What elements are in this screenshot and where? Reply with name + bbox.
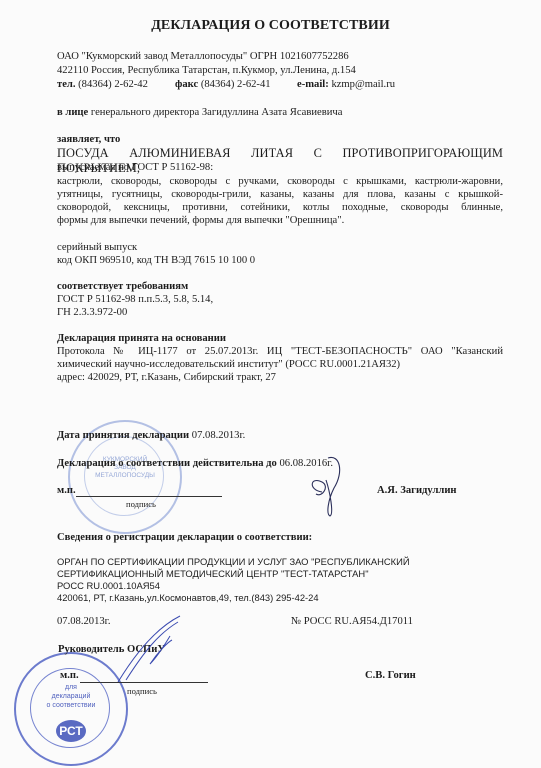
page-title: ДЕКЛАРАЦИЯ О СООТВЕТСТВИИ [0,18,541,34]
rst-logo-icon: РСТ [56,720,86,742]
validity-date: Декларация о соответствии действительна … [57,458,333,470]
represented-by-label: в лице [57,107,88,118]
company-name-ogrn: ОАО "Кукморский завод Металлопосуды" ОГР… [57,51,349,63]
declarant-name: А.Я. Загидуллин [377,485,457,497]
handwritten-signature-icon [110,612,190,692]
email-block: e-mail: kzmp@mail.ru [297,79,395,91]
requirements-line: ГОСТ Р 51162-98 п.п.5.3, 5.8, 5.14, [57,294,213,306]
handwritten-signature-icon [300,452,360,522]
basis-line: Протокола № ИЦ-1177 от 25.07.2013г. ИЦ "… [57,346,503,358]
certification-body-line: 420061, РТ, г.Казань,ул.Космонавтов,49, … [57,592,319,604]
basis-line: адрес: 420029, РТ, г.Казань, Сибирский т… [57,372,276,384]
acceptance-date: Дата принятия декларации 07.08.2013г. [57,430,245,442]
validity-date-label: Декларация о соответствии действительна … [57,458,277,469]
basis-line: химический научно-исследовательский инст… [57,359,400,371]
product-items-line: утятницы, гусятницы, сковороды-грили, ка… [57,189,503,201]
product-items-line: формы для выпечки печений, формы для вып… [57,215,344,227]
product-items-line: сковородой, кексницы, противни, сотейник… [57,202,503,214]
registration-label: Сведения о регистрации декларации о соот… [57,532,312,544]
production-codes: код ОКП 969510, код ТН ВЭД 7615 10 100 0 [57,255,255,267]
acceptance-date-value: 07.08.2013г. [192,430,245,441]
email-value: kzmp@mail.ru [331,79,395,90]
declares-label: заявляет, что [57,134,120,146]
certification-stamp-text: деклараций [16,693,126,700]
company-stamp-text: МЕТАЛЛОПОСУДЫ [70,472,180,479]
basis-label: Декларация принята на основании [57,333,226,345]
phone-value: (84364) 2-62-42 [78,79,148,90]
company-address: 422110 Россия, Республика Татарстан, п.К… [57,65,356,77]
requirements-label: соответствует требованиям [57,281,188,293]
signature-caption: подпись [126,499,156,509]
fax-value: (84364) 2-62-41 [201,79,271,90]
company-contacts: тел. (84364) 2-62-42 [57,79,148,91]
production-type: серийный выпуск [57,242,137,254]
certification-body-line: СЕРТИФИКАЦИОННЫЙ МЕТОДИЧЕСКИЙ ЦЕНТР "ТЕС… [57,568,369,580]
represented-by-value: генерального директора Загидуллина Азата… [91,107,343,118]
phone-label: тел. [57,79,76,90]
registration-date: 07.08.2013г. [57,616,110,628]
seal-place-label: м.п. [57,485,76,497]
seal-place-label: м.п. [60,670,79,682]
product-items-line: кастрюли, сковороды, сковороды с ручками… [57,176,503,188]
fax-block: факс (84364) 2-62-41 [175,79,271,91]
requirements-line: ГН 2.3.3.972-00 [57,307,127,319]
email-label: e-mail: [297,79,329,90]
signature-line [76,496,222,497]
certification-body-line: ОРГАН ПО СЕРТИФИКАЦИИ ПРОДУКЦИИ И УСЛУГ … [57,556,410,568]
registration-number: № РОСС RU.АЯ54.Д17011 [291,616,413,628]
fax-label: факс [175,79,198,90]
certification-stamp-text: о соответствии [16,702,126,709]
product-standard: выпускаемая по ГОСТ Р 51162-98: [57,162,213,174]
certifier-name: С.В. Гогин [365,670,416,682]
acceptance-date-label: Дата принятия декларации [57,430,189,441]
represented-by: в лице генерального директора Загидуллин… [57,107,342,119]
certification-body-line: РОСС RU.0001.10АЯ54 [57,580,160,592]
